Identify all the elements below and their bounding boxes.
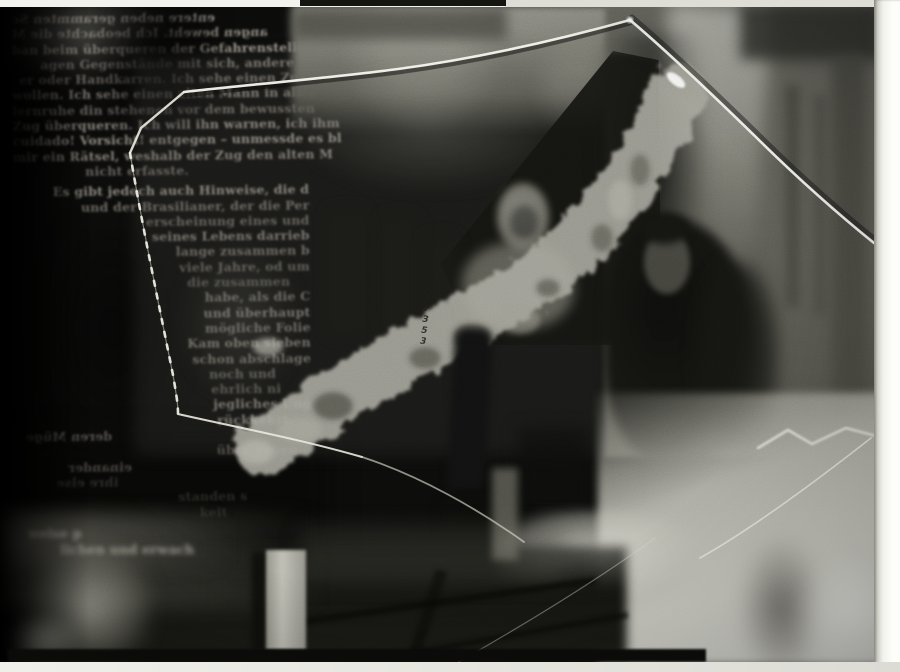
crack-kink (130, 92, 184, 153)
fabric-ridge-highlight (758, 428, 876, 448)
crack-bottom-edge (178, 414, 362, 457)
top-border-dark-notch (300, 0, 506, 6)
crack-shadow (632, 17, 876, 240)
top-paper-border-gray (505, 0, 876, 7)
bottom-paper-border (0, 662, 900, 672)
photogram-artwork: entere neben gerammten Scangen beweht. I… (0, 0, 900, 672)
crack-sparkle (664, 69, 687, 90)
crack-apex-highlight (627, 17, 633, 23)
bottom-frame-edge (8, 649, 706, 662)
crack-top-edge (184, 20, 630, 92)
crack-bottom-edge-faint (362, 457, 524, 542)
crack-left-edge-beads (130, 153, 178, 414)
right-paper-border (874, 0, 900, 672)
crack-bottom-right (700, 438, 871, 558)
crack-lines-layer (0, 0, 900, 672)
